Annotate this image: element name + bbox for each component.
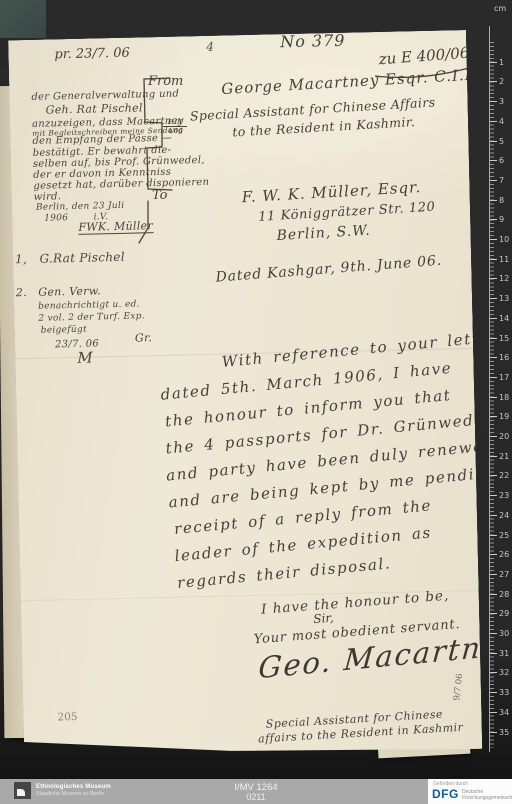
ruler-number: 26 — [499, 550, 509, 559]
letter-number: No 379 — [280, 31, 346, 51]
marginal-list-line: benachrichtigt u. ed. — [38, 299, 140, 311]
ruler-number: 11 — [499, 255, 509, 264]
ruler-number: 20 — [499, 432, 509, 441]
marginal-list-line: 2. Gen. Verw. — [16, 284, 101, 299]
ruler-major-tick — [490, 121, 497, 122]
ruler-major-tick — [490, 475, 497, 476]
closing-line: Sir, — [313, 611, 334, 626]
ruler-major-tick — [490, 397, 497, 398]
ruler-major-tick — [490, 219, 497, 220]
ruler-major-tick — [490, 574, 497, 575]
recipient-address-line: Berlin, S.W. — [276, 223, 371, 244]
received-note: pr. 23/7. 06 — [54, 46, 130, 63]
ruler-number: 1 — [499, 58, 504, 67]
museum-name: Ethnologisches Museum — [36, 784, 111, 790]
registry-stamp: E.III 4/06 — [163, 118, 187, 135]
ruler-major-tick — [490, 495, 497, 496]
ruler-major-tick — [490, 594, 497, 595]
ruler-number: 23 — [499, 491, 509, 500]
ruler-major-tick — [490, 160, 497, 161]
letter-body: With reference to your letter dated 5th.… — [155, 329, 506, 601]
ruler-number: 10 — [499, 235, 509, 244]
book-cloth-corner — [0, 0, 46, 38]
from-label: From — [148, 74, 183, 89]
pencil-sheet-number: 205 — [57, 711, 77, 723]
ruler-number: 2 — [499, 77, 504, 86]
ruler: cm 1234567891011121314151617181920212223… — [486, 0, 512, 768]
ruler-number: 16 — [499, 353, 509, 362]
ruler-number: 15 — [499, 334, 509, 343]
sender-block: George Macartney Esqr. C.I.E. Special As… — [8, 30, 466, 40]
marginal-list-initial: M — [77, 349, 93, 367]
to-label: To — [152, 188, 168, 203]
footer-bar: Ethnologisches Museum Staatliche Museen … — [0, 779, 512, 804]
ruler-number: 28 — [499, 590, 509, 599]
ruler-major-tick — [490, 377, 497, 378]
registry-stamp-top: E.III — [163, 118, 187, 126]
museum-logo-icon — [14, 782, 31, 799]
ruler-number: 17 — [499, 373, 509, 382]
ruler-number: 33 — [499, 688, 509, 697]
dfg-logo: DFG — [432, 787, 459, 801]
closing-block: I have the honour to be, Sir, Your most … — [8, 30, 466, 40]
ruler-number: 25 — [499, 531, 509, 540]
funder-panel: Gefördert durch DFG Deutsche Forschungsg… — [428, 779, 512, 804]
marginal-note-line: wird. — [34, 191, 62, 203]
ruler-major-tick — [490, 338, 497, 339]
ruler-number: 8 — [499, 196, 504, 205]
ruler-number: 5 — [499, 137, 504, 146]
ruler-major-tick — [490, 141, 497, 142]
folio-number: 4 — [206, 40, 214, 54]
ruler-major-tick — [490, 653, 497, 654]
ruler-number: 22 — [499, 471, 509, 480]
ruler-number: 35 — [499, 728, 509, 737]
ruler-major-tick — [490, 101, 497, 102]
ruler-major-tick — [490, 732, 497, 733]
ruler-number: 4 — [499, 117, 504, 126]
ruler-major-tick — [490, 416, 497, 417]
marginal-note-line: Berlin, den 23 Juli — [36, 201, 125, 213]
ruler-minor-ticks — [490, 42, 494, 748]
ruler-number: 18 — [499, 393, 509, 402]
ruler-number: 3 — [499, 97, 504, 106]
image-sheet-number: 0211 — [246, 792, 265, 802]
ruler-number: 19 — [499, 412, 509, 421]
margin-bracket-line — [128, 70, 180, 250]
ruler-major-tick — [490, 535, 497, 536]
ruler-major-tick — [490, 278, 497, 279]
ruler-major-tick — [490, 357, 497, 358]
ruler-major-tick — [490, 200, 497, 201]
sender-name: George Macartney Esqr. C.I.E. — [221, 65, 483, 98]
marginal-list-line: 1, G.Rat Pischel — [15, 250, 125, 266]
ruler-number: 34 — [499, 708, 509, 717]
ruler-major-tick — [490, 259, 497, 260]
ruler-number: 13 — [499, 294, 509, 303]
ruler-major-tick — [490, 180, 497, 181]
ruler-major-tick — [490, 298, 497, 299]
marginal-list-line: beigefügt — [41, 325, 87, 336]
ruler-major-tick — [490, 436, 497, 437]
marginal-list-initial: Gr. — [135, 331, 153, 344]
ruler-major-tick — [490, 62, 497, 63]
marginal-note-block: der Generalverwaltung und Geh. Rat Pisch… — [8, 30, 466, 40]
ruler-major-tick — [490, 81, 497, 82]
ruler-major-tick — [490, 672, 497, 673]
ruler-number: 21 — [499, 452, 509, 461]
ruler-number: 24 — [499, 511, 509, 520]
funder-name: Forschungsgemeinschaft — [462, 795, 512, 801]
dateline: Dated Kashgar, 9th. June 06. — [215, 253, 442, 286]
recipient-block: F. W. K. Müller, Esqr. 11 Königgrätzer S… — [8, 30, 466, 40]
marginal-list-block: 1, G.Rat Pischel 2. Gen. Verw. benachric… — [8, 30, 466, 40]
museum-subtitle: Staatliche Museen zu Berlin — [36, 791, 104, 797]
ruler-major-tick — [490, 633, 497, 634]
ruler-number: 7 — [499, 176, 504, 185]
ruler-number: 12 — [499, 274, 509, 283]
ruler-major-tick — [490, 456, 497, 457]
ruler-number: 30 — [499, 629, 509, 638]
ruler-major-tick — [490, 712, 497, 713]
ruler-number: 32 — [499, 668, 509, 677]
letter-sheet: pr. 23/7. 06 4 No 379 zu E 400/06 der Ge… — [8, 30, 482, 759]
ruler-major-tick — [490, 318, 497, 319]
registry-stamp-bottom: 4/06 — [163, 126, 187, 135]
ruler-number: 29 — [499, 609, 509, 618]
file-reference: zu E 400/06 — [378, 44, 470, 69]
ruler-major-tick — [490, 613, 497, 614]
ruler-number: 27 — [499, 570, 509, 579]
ruler-unit-label: cm — [494, 4, 506, 13]
marginal-list-line: 2 vol. 2 der Turf. Exp. — [38, 311, 145, 323]
ruler-number: 31 — [499, 649, 509, 658]
ruler-major-tick — [490, 554, 497, 555]
ruler-number: 6 — [499, 156, 504, 165]
scanned-document-photo: pr. 23/7. 06 4 No 379 zu E 400/06 der Ge… — [0, 0, 512, 804]
ruler-major-tick — [490, 515, 497, 516]
ruler-number: 9 — [499, 215, 504, 224]
ruler-number: 14 — [499, 314, 509, 323]
ruler-major-tick — [490, 239, 497, 240]
ruler-major-tick — [490, 692, 497, 693]
